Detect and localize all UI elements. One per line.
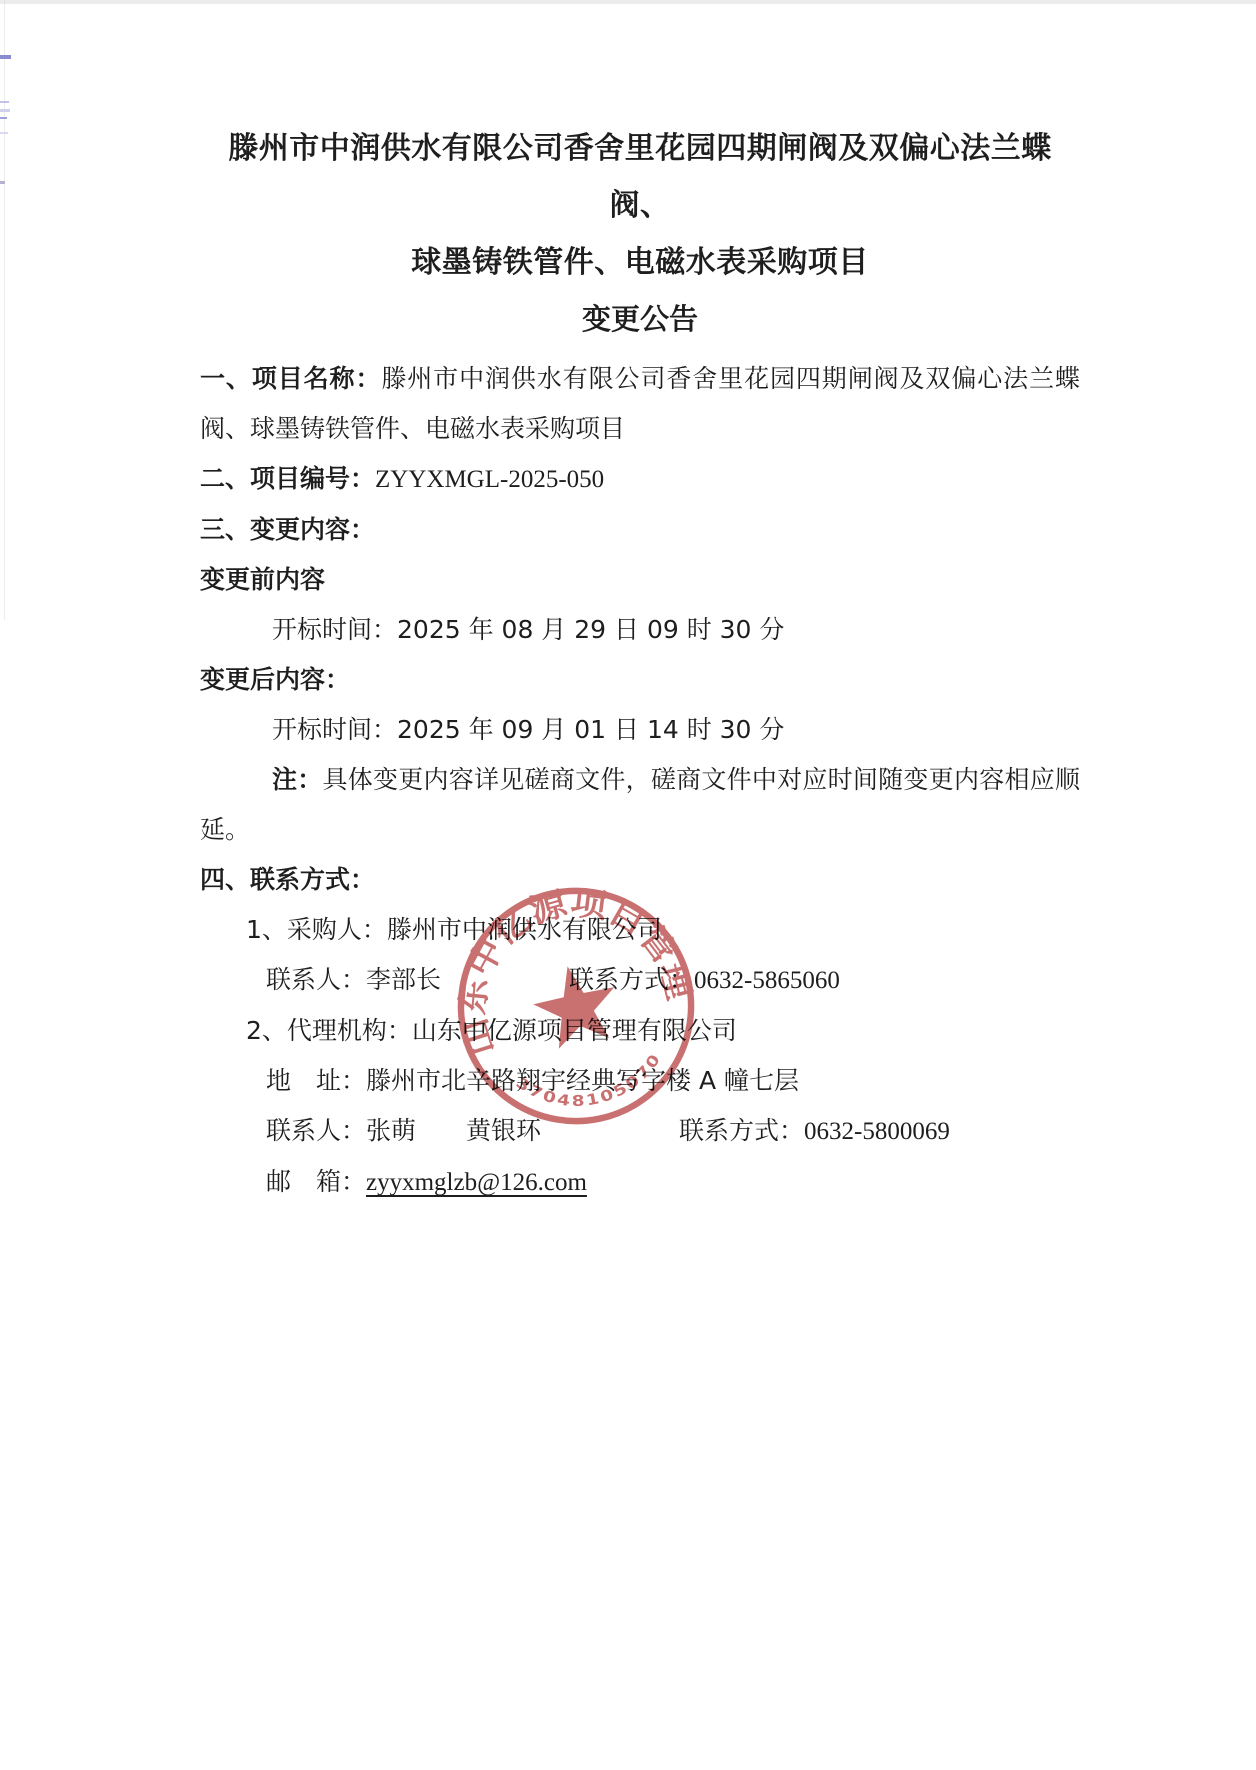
agency-label: 2、代理机构： [246, 1016, 412, 1045]
note-text: 具体变更内容详见磋商文件，磋商文件中对应时间随变更内容相应顺延。 [200, 765, 1080, 844]
email-value: zyyxmglzb@126.com [366, 1169, 587, 1196]
bid-open-time-before-value: 2025 年 08 月 29 日 09 时 30 分 [397, 615, 784, 644]
purchaser-phone-value: 0632-5865060 [694, 967, 840, 994]
before-change-heading: 变更前内容 [200, 555, 1080, 605]
bid-open-time-label: 开标时间： [272, 715, 397, 744]
address-value: 滕州市北辛路翔宇经典写字楼 A 幢七层 [366, 1066, 799, 1095]
contact-heading: 四、联系方式： [200, 855, 1080, 905]
bid-open-time-after-value: 2025 年 09 月 01 日 14 时 30 分 [397, 715, 784, 744]
before-change-time: 开标时间：2025 年 08 月 29 日 09 时 30 分 [200, 605, 1080, 655]
project-name-paragraph: 一、项目名称：滕州市中润供水有限公司香舍里花园四期闸阀及双偏心法兰蝶阀、球墨铸铁… [200, 354, 1080, 454]
change-content-heading: 三、变更内容： [200, 505, 1080, 555]
project-number-paragraph: 二、项目编号：ZYYXMGL-2025-050 [200, 454, 1080, 505]
bid-open-time-label: 开标时间： [272, 615, 397, 644]
contact-person-label: 联系人： [266, 1116, 366, 1145]
document-page: 滕州市中润供水有限公司香舍里花园四期闸阀及双偏心法兰蝶阀、 球墨铸铁管件、电磁水… [0, 0, 1256, 1770]
document-content: 滕州市中润供水有限公司香舍里花园四期闸阀及双偏心法兰蝶阀、 球墨铸铁管件、电磁水… [0, 0, 1256, 1208]
phone-label: 联系方式： [679, 1116, 804, 1145]
phone-label: 联系方式： [569, 965, 694, 994]
after-change-time: 开标时间：2025 年 09 月 01 日 14 时 30 分 [200, 705, 1080, 755]
title-line-1: 滕州市中润供水有限公司香舍里花园四期闸阀及双偏心法兰蝶阀、 [200, 120, 1080, 234]
note-label: 注： [272, 765, 323, 794]
email-line: 邮 箱：zyyxmglzb@126.com [200, 1157, 1080, 1208]
purchaser-contact-name: 李部长 [366, 965, 441, 994]
project-number-label: 二、项目编号： [200, 464, 375, 493]
email-label: 邮 箱： [266, 1167, 366, 1196]
purchaser-value: 滕州市中润供水有限公司 [387, 915, 662, 944]
agency-contact-names: 张萌 黄银环 [366, 1116, 541, 1145]
project-number-value: ZYYXMGL-2025-050 [375, 466, 604, 493]
document-body: 一、项目名称：滕州市中润供水有限公司香舍里花园四期闸阀及双偏心法兰蝶阀、球墨铸铁… [200, 354, 1080, 1208]
note-paragraph: 注：具体变更内容详见磋商文件，磋商文件中对应时间随变更内容相应顺延。 [200, 755, 1080, 855]
purchaser-line: 1、采购人：滕州市中润供水有限公司 [200, 905, 1080, 955]
agency-contact-line: 联系人：张萌 黄银环联系方式：0632-5800069 [200, 1106, 1080, 1157]
spacer [441, 987, 569, 988]
agency-line: 2、代理机构：山东中亿源项目管理有限公司 [200, 1006, 1080, 1056]
spacer [541, 1138, 679, 1139]
address-label: 地 址： [266, 1066, 366, 1095]
purchaser-label: 1、采购人： [246, 915, 387, 944]
agency-phone-value: 0632-5800069 [804, 1118, 950, 1145]
address-line: 地 址：滕州市北辛路翔宇经典写字楼 A 幢七层 [200, 1056, 1080, 1106]
title-line-2: 球墨铸铁管件、电磁水表采购项目 [200, 234, 1080, 291]
announcement-type-heading: 变更公告 [200, 291, 1080, 348]
agency-value: 山东中亿源项目管理有限公司 [412, 1016, 737, 1045]
contact-person-label: 联系人： [266, 965, 366, 994]
after-change-heading: 变更后内容： [200, 655, 1080, 705]
purchaser-contact-line: 联系人：李部长联系方式：0632-5865060 [200, 955, 1080, 1006]
document-title: 滕州市中润供水有限公司香舍里花园四期闸阀及双偏心法兰蝶阀、 球墨铸铁管件、电磁水… [200, 120, 1080, 291]
project-name-label: 一、项目名称： [200, 364, 381, 393]
